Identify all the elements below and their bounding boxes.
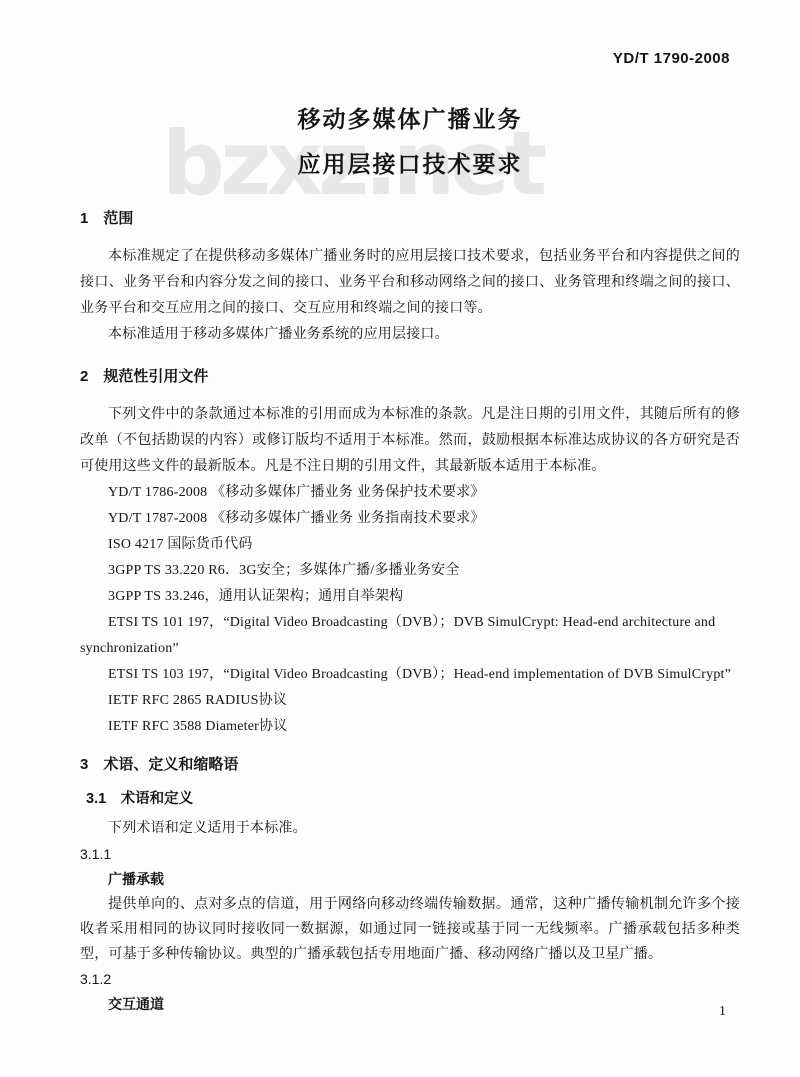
doc-number: YD/T 1790-2008 [80, 50, 740, 68]
reference-item: ETSI TS 101 197，“Digital Video Broadcast… [80, 610, 740, 662]
section-3-terms-heading: 3 术语、定义和缩略语 [80, 754, 740, 776]
scope-paragraph-2: 本标准适用于移动多媒体广播业务系统的应用层接口。 [80, 322, 740, 348]
reference-item: IETF RFC 3588 Diameter协议 [80, 714, 740, 740]
reference-item: YD/T 1786-2008 《移动多媒体广播业务 业务保护技术要求》 [80, 480, 740, 506]
term-broadcast-bearer: 广播承载 [80, 867, 740, 892]
section-2-normative-refs-heading: 2 规范性引用文件 [80, 366, 740, 388]
term-broadcast-bearer-definition: 提供单向的、点对多点的信道，用于网络向移动终端传输数据。通常，这种广播传输机制允… [80, 892, 740, 967]
normative-refs-paragraph: 下列文件中的条款通过本标准的引用而成为本标准的条款。凡是注日期的引用文件，其随后… [80, 402, 740, 480]
document-page: bzxz.net YD/T 1790-2008 移动多媒体广播业务 应用层接口技… [0, 0, 800, 1077]
reference-item: ISO 4217 国际货币代码 [80, 532, 740, 558]
reference-item: 3GPP TS 33.220 R6．3G安全；多媒体广播/多播业务安全 [80, 558, 740, 584]
reference-item: IETF RFC 2865 RADIUS协议 [80, 688, 740, 714]
reference-item: ETSI TS 103 197，“Digital Video Broadcast… [80, 662, 740, 688]
clause-number-3-1-2: 3.1.2 [80, 967, 740, 992]
doc-title-line1: 移动多媒体广播业务 [80, 106, 740, 133]
reference-list: YD/T 1786-2008 《移动多媒体广播业务 业务保护技术要求》 YD/T… [80, 480, 740, 740]
scope-paragraph-1: 本标准规定了在提供移动多媒体广播业务时的应用层接口技术要求，包括业务平台和内容提… [80, 244, 740, 322]
clause-number-3-1-1: 3.1.1 [80, 842, 740, 867]
page-content: YD/T 1790-2008 移动多媒体广播业务 应用层接口技术要求 1 范围 … [0, 0, 800, 1017]
reference-item: YD/T 1787-2008 《移动多媒体广播业务 业务指南技术要求》 [80, 506, 740, 532]
doc-title-line2: 应用层接口技术要求 [80, 151, 740, 178]
section-1-scope-heading: 1 范围 [80, 208, 740, 230]
page-number: 1 [719, 1004, 726, 1020]
term-interaction-channel: 交互通道 [80, 992, 740, 1017]
reference-item: 3GPP TS 33.246，通用认证架构；通用自举架构 [80, 584, 740, 610]
terms-intro: 下列术语和定义适用于本标准。 [80, 816, 740, 842]
section-3-1-heading: 3.1 术语和定义 [86, 788, 740, 810]
